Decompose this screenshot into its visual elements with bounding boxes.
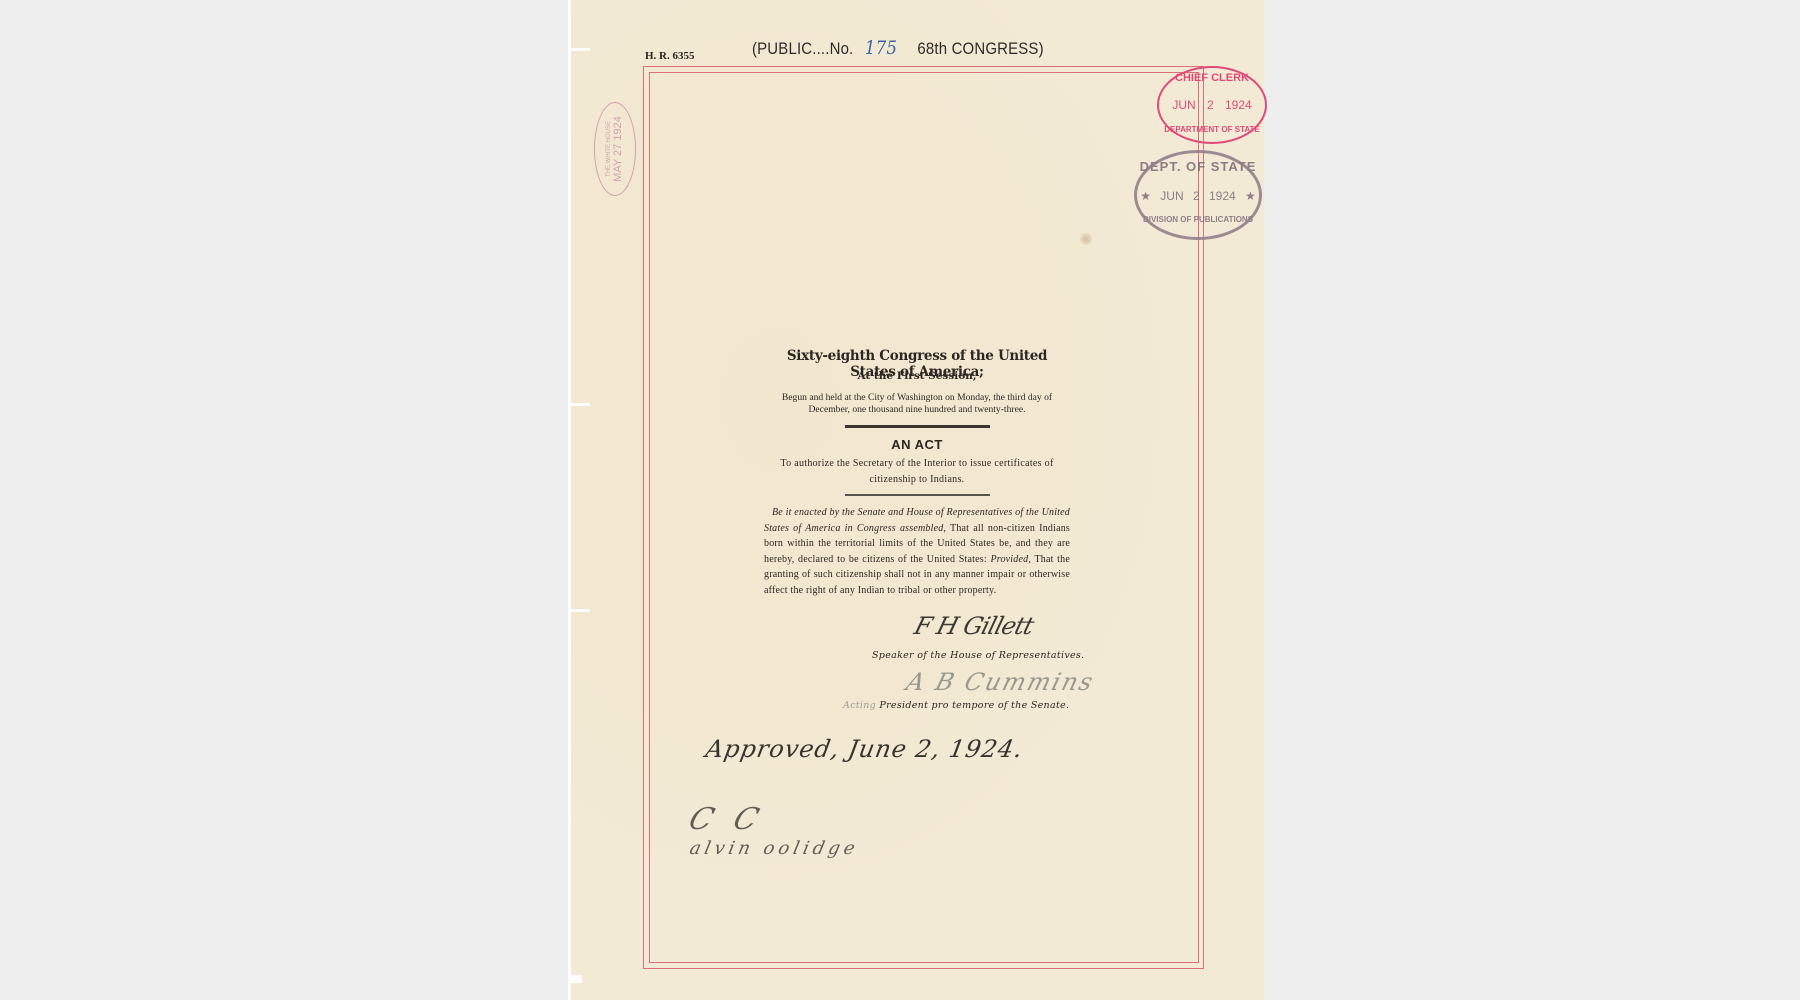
senate-president-signature: A B Cummins [903,668,1098,696]
stamp-top-text: CHIEF CLERK [1159,72,1265,84]
bill-number: H. R. 6355 [645,50,695,62]
binding-notch [568,975,582,983]
white-house-stamp: THE WHITE HOUSE MAY 27 1924 [594,102,636,196]
stamp-date: ★ JUN 2 1924 ★ [1137,189,1259,203]
dept-of-state-stamp: DEPT. OF STATE ★ JUN 2 1924 ★ DIVISION O… [1134,150,1262,240]
session-label: At the First Session, [764,370,1070,382]
act-body: Be it enacted by the Senate and House of… [764,505,1070,598]
congress-label: 68th CONGRESS) [917,39,1043,58]
chief-clerk-stamp: CHIEF CLERK JUN 2 1924 DEPARTMENT OF STA… [1157,66,1267,144]
provided-label: Provided, [990,554,1031,565]
stamp-top-text: DEPT. OF STATE [1137,159,1259,174]
act-description: To authorize the Secretary of the Interi… [764,456,1070,487]
speaker-signature: F H Gillett [911,612,1036,640]
begun-statement: Begun and held at the City of Washington… [764,392,1070,416]
senate-president-title: Acting President pro tempore of the Sena… [843,700,1069,711]
stamp-date: MAY 27 1924 [612,116,624,182]
act-heading: AN ACT [764,437,1070,452]
stamp-date: JUN 2 1924 [1159,98,1265,112]
speaker-title: Speaker of the House of Representatives. [872,650,1084,661]
stamp-bottom-text: DIVISION OF PUBLICATIONS [1137,215,1259,224]
senate-title-text: President pro tempore of the Senate. [879,700,1069,711]
paper-stain [1080,233,1092,245]
president-signature-initials: C C [684,802,769,837]
divider-rule [845,494,990,496]
president-signature: alvin oolidge [688,838,861,859]
stamp-bottom-text: DEPARTMENT OF STATE [1159,125,1265,134]
public-number-handwritten: 175 [865,37,897,59]
public-law-header: (PUBLIC....No. 175 68th CONGRESS) [752,37,1044,59]
binding-notch [568,403,590,406]
divider-rule [845,425,990,428]
binding-notch [568,609,590,612]
approval-handwritten: Approved, June 2, 1924. [704,735,1026,763]
public-prefix: (PUBLIC....No. [752,39,853,58]
binding-notch [568,48,590,51]
acting-handwritten: Acting [843,700,876,711]
